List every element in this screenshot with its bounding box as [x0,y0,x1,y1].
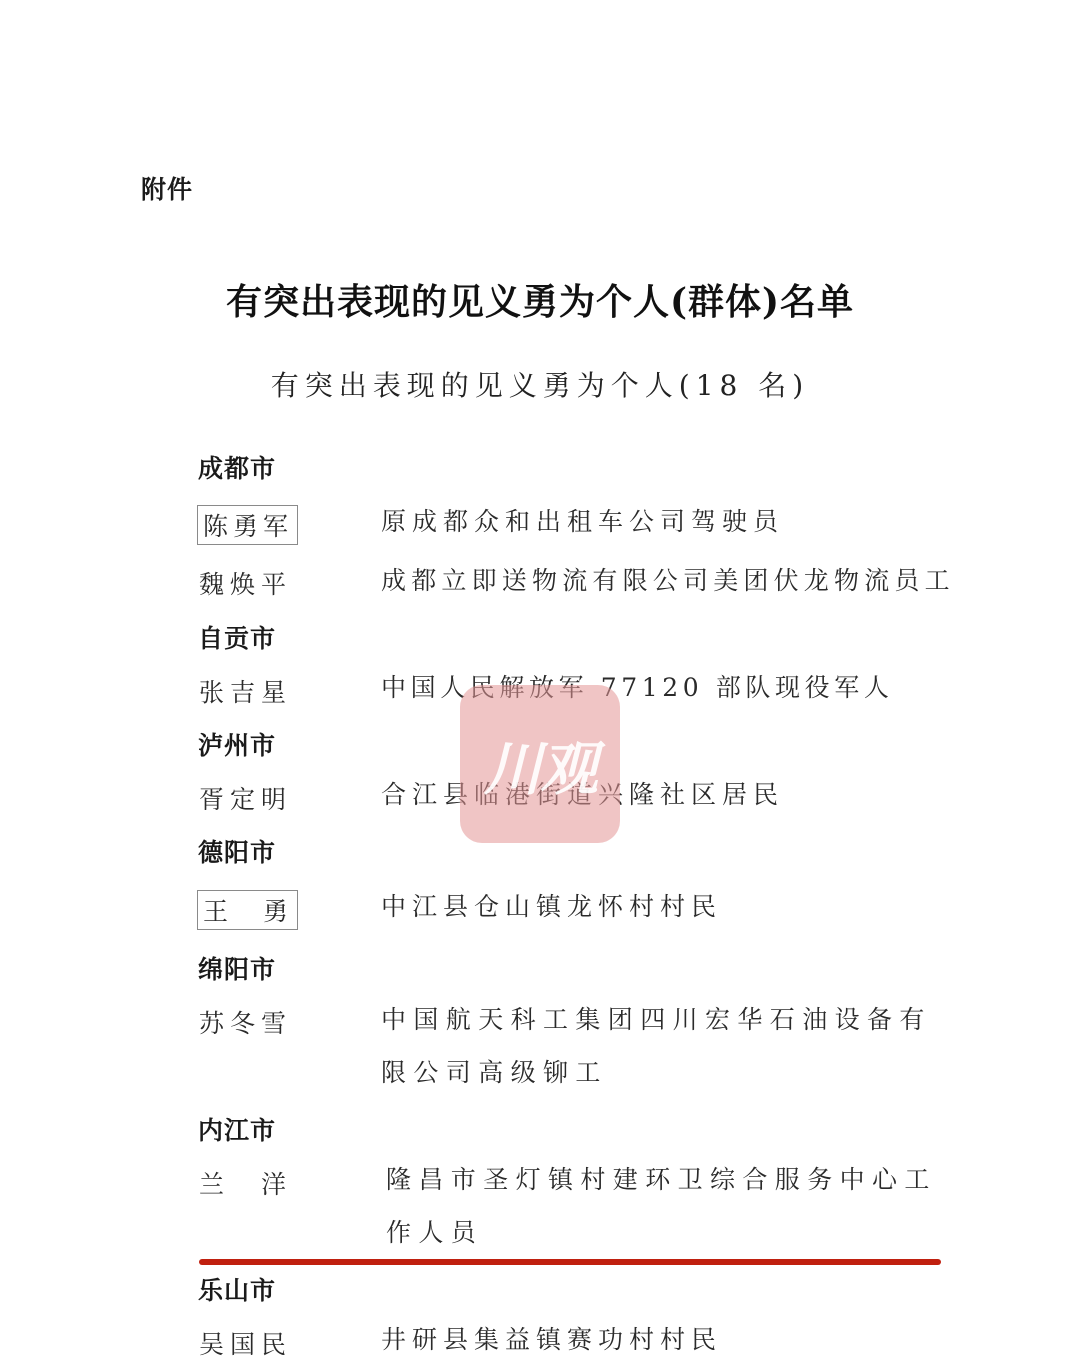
document-subtitle: 有突出表现的见义勇为个人(18 名) [0,364,1080,404]
person-name-chen-yongjun: 陈勇军 [197,505,298,545]
city-heading-zigong: 自贡市 [198,619,276,655]
person-name-zhang-jixing: 张吉星 [199,673,292,709]
person-name-wu-guomin: 吴国民 [199,1325,292,1361]
city-heading-deyang: 德阳市 [198,833,276,869]
document-title: 有突出表现的见义勇为个人(群体)名单 [0,274,1080,325]
city-heading-leshan: 乐山市 [198,1271,276,1307]
city-heading-chengdu: 成都市 [198,449,276,485]
person-name-lan-yang: 兰 洋 [199,1165,292,1201]
person-description: 原成都众和出租车公司驾驶员 [381,495,951,548]
person-name-wang-yong: 王 勇 [197,890,298,930]
person-name-wei-huanping: 魏焕平 [199,565,292,601]
city-heading-luzhou: 泸州市 [198,726,276,762]
attachment-label: 附件 [141,170,193,206]
person-name-su-dongxue: 苏冬雪 [199,1004,292,1040]
person-description: 隆昌市圣灯镇村建环卫综合服务中心工作人员 [386,1153,951,1259]
red-underline-annotation [199,1259,941,1265]
person-description: 井研县集益镇赛功村村民 [381,1313,951,1366]
person-description: 成都立即送物流有限公司美团伏龙物流员工 [381,554,981,607]
city-heading-mianyang: 绵阳市 [198,950,276,986]
person-description: 合江县临港街道兴隆社区居民 [381,768,951,821]
person-name-xu-dingming: 胥定明 [199,780,292,816]
person-description: 中国航天科工集团四川宏华石油设备有限公司高级铆工 [381,993,951,1099]
person-description: 中国人民解放军 77120 部队现役军人 [381,661,981,714]
city-heading-neijiang: 内江市 [198,1111,276,1147]
person-description: 中江县仓山镇龙怀村村民 [381,880,951,933]
